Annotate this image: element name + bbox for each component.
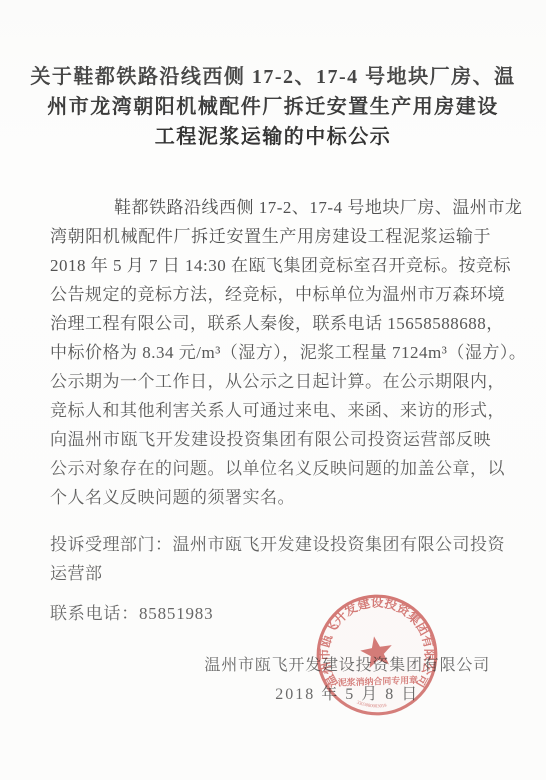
title-line: 工程泥浆运输的中标公示 (0, 122, 546, 152)
paragraph-line: 鞋都铁路沿线西侧 17-2、17-4 号地块厂房、温州市龙 (50, 193, 491, 222)
paragraph-line: 湾朝阳机械配件厂拆迁安置生产用房建设工程泥浆运输于 (50, 222, 491, 251)
paragraph-line: 向温州市瓯飞开发建设投资集团有限公司投资运营部反映 (50, 425, 491, 454)
paragraph-line: 公示对象存在的问题。以单位名义反映问题的加盖公章，以 (50, 454, 491, 483)
notice-body-paragraph: 鞋都铁路沿线西侧 17-2、17-4 号地块厂房、温州市龙 湾朝阳机械配件厂拆迁… (50, 193, 491, 512)
notice-title: 关于鞋都铁路沿线西侧 17-2、17-4 号地块厂房、温 州市龙湾朝阳机械配件厂… (0, 62, 546, 152)
paragraph-line: 公告规定的竞标方法，经竞标，中标单位为温州市万森环境 (50, 280, 491, 309)
paragraph-line: 治理工程有限公司，联系人秦俊，联系电话 15658588688， (50, 309, 491, 338)
complaint-section: 投诉受理部门：温州市瓯飞开发建设投资集团有限公司投资 运营部 (50, 530, 491, 588)
complaint-line: 投诉受理部门：温州市瓯飞开发建设投资集团有限公司投资 (50, 530, 491, 559)
official-seal: 温州市瓯飞开发建设投资集团有限公司 泥浆消纳合同专用章 330308000301… (312, 590, 442, 720)
title-line: 关于鞋都铁路沿线西侧 17-2、17-4 号地块厂房、温 (0, 62, 546, 92)
complaint-line: 运营部 (50, 559, 491, 588)
paragraph-line: 2018 年 5 月 7 日 14:30 在瓯飞集团竞标室召开竞标。按竞标 (50, 251, 491, 280)
title-line: 州市龙湾朝阳机械配件厂拆迁安置生产用房建设 (0, 92, 546, 122)
notice-page: 关于鞋都铁路沿线西侧 17-2、17-4 号地块厂房、温 州市龙湾朝阳机械配件厂… (0, 0, 546, 780)
paragraph-line: 个人名义反映问题的须署实名。 (50, 483, 491, 512)
paragraph-line: 公示期为一个工作日，从公示之日起计算。在公示期限内， (50, 367, 491, 396)
paragraph-line: 中标价格为 8.34 元/m³（湿方），泥浆工程量 7124m³（湿方）。 (50, 338, 491, 367)
paragraph-line: 竞标人和其他利害关系人可通过来电、来函、来访的形式， (50, 396, 491, 425)
